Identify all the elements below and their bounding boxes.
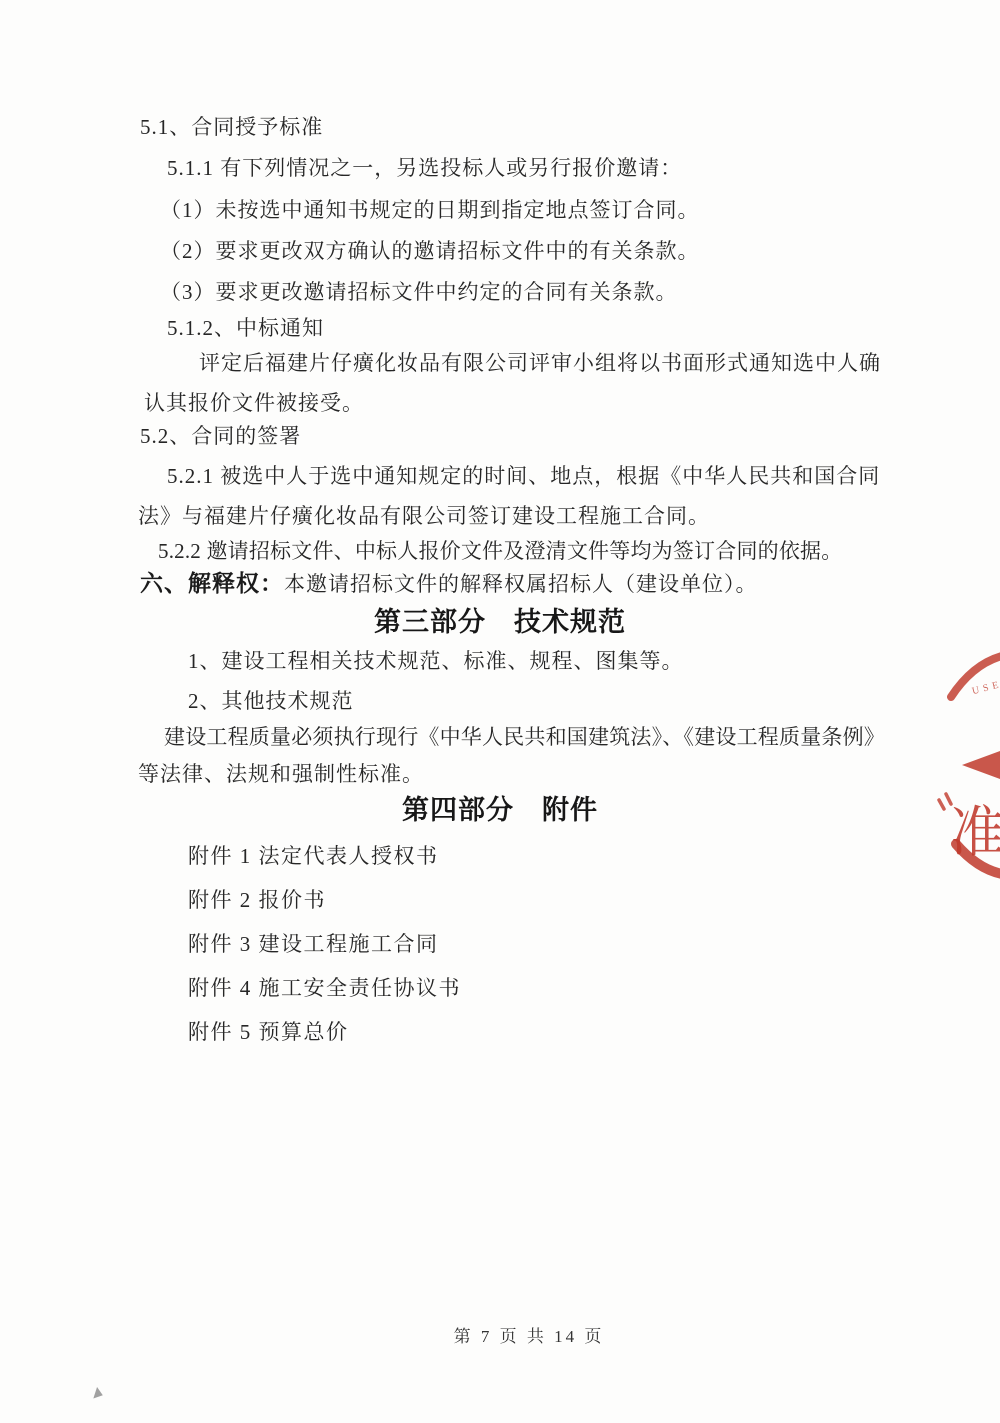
seal-arc-letters: USE bbox=[971, 679, 1000, 697]
clause-5-2-1-line-2: 法》与福建片仔癀化妆品有限公司签订建设工程施工合同。 bbox=[138, 503, 710, 529]
clause-6-text: 本邀请招标文件的解释权属招标人（建设单位）。 bbox=[284, 572, 758, 596]
clause-5-1-1-intro: 5.1.1 有下列情况之一，另选投标人或另行报价邀请： bbox=[167, 155, 682, 181]
cursor-artifact bbox=[93, 1387, 104, 1401]
clause-5-1-1-item-3: （3）要求更改邀请招标文件中约定的合同有关条款。 bbox=[160, 279, 678, 305]
part3-item-1: 1、建设工程相关技术规范、标准、规程、图集等。 bbox=[188, 648, 684, 674]
part3-paragraph-line-1: 建设工程质量必须执行现行《中华人民共和国建筑法》、《建设工程质量条例》 bbox=[164, 724, 885, 750]
clause-5-2-2: 5.2.2 邀请招标文件、中标人报价文件及澄清文件等均为签订合同的依据。 bbox=[158, 538, 842, 564]
clause-5-1-2-title: 5.1.2、中标通知 bbox=[167, 315, 324, 341]
clause-5-1-2-line-1: 评定后福建片仔癀化妆品有限公司评审小组将以书面形式通知选中人确 bbox=[199, 350, 881, 376]
attachment-5: 附件 5 预算总价 bbox=[188, 1019, 349, 1045]
page-number-footer: 第 7 页 共 14 页 bbox=[0, 1322, 1000, 1347]
attachment-4: 附件 4 施工安全责任协议书 bbox=[188, 975, 461, 1001]
clause-6-interpretation: 六、解释权：本邀请招标文件的解释权属招标人（建设单位）。 bbox=[140, 571, 758, 597]
clause-5-2-title: 5.2、合同的签署 bbox=[140, 423, 301, 449]
part3-paragraph-line-2: 等法律、法规和强制性标准。 bbox=[138, 761, 424, 787]
seal-ring-top-arc bbox=[951, 655, 1000, 697]
official-seal-stamp: USE 准 bbox=[930, 645, 1000, 890]
clause-5-1-1-item-2: （2）要求更改双方确认的邀请招标文件中的有关条款。 bbox=[160, 238, 700, 264]
clause-5-2-1-line-1: 5.2.1 被选中人于选中通知规定的时间、地点，根据《中华人民共和国合同 bbox=[167, 463, 880, 489]
attachment-2: 附件 2 报价书 bbox=[188, 887, 326, 913]
seal-ring-bottom-arc bbox=[956, 844, 1000, 875]
part3-item-2: 2、其他技术规范 bbox=[188, 688, 354, 714]
attachment-3: 附件 3 建设工程施工合同 bbox=[188, 931, 439, 957]
seal-stamp-graphic: USE 准 bbox=[930, 645, 1000, 890]
part4-heading: 第四部分 附件 bbox=[0, 788, 1000, 827]
clause-5-1-2-line-2: 认其报价文件被接受。 bbox=[144, 390, 364, 416]
clause-5-1-title: 5.1、合同授予标准 bbox=[140, 114, 323, 140]
attachment-1: 附件 1 法定代表人授权书 bbox=[188, 843, 439, 869]
clause-6-label: 六、解释权： bbox=[140, 571, 284, 596]
scanned-document-page: 5.1、合同授予标准 5.1.1 有下列情况之一，另选投标人或另行报价邀请： （… bbox=[0, 0, 1000, 1423]
clause-5-1-1-item-1: （1）未按选中通知书规定的日期到指定地点签订合同。 bbox=[160, 197, 700, 223]
part3-heading: 第三部分 技术规范 bbox=[0, 600, 1000, 639]
